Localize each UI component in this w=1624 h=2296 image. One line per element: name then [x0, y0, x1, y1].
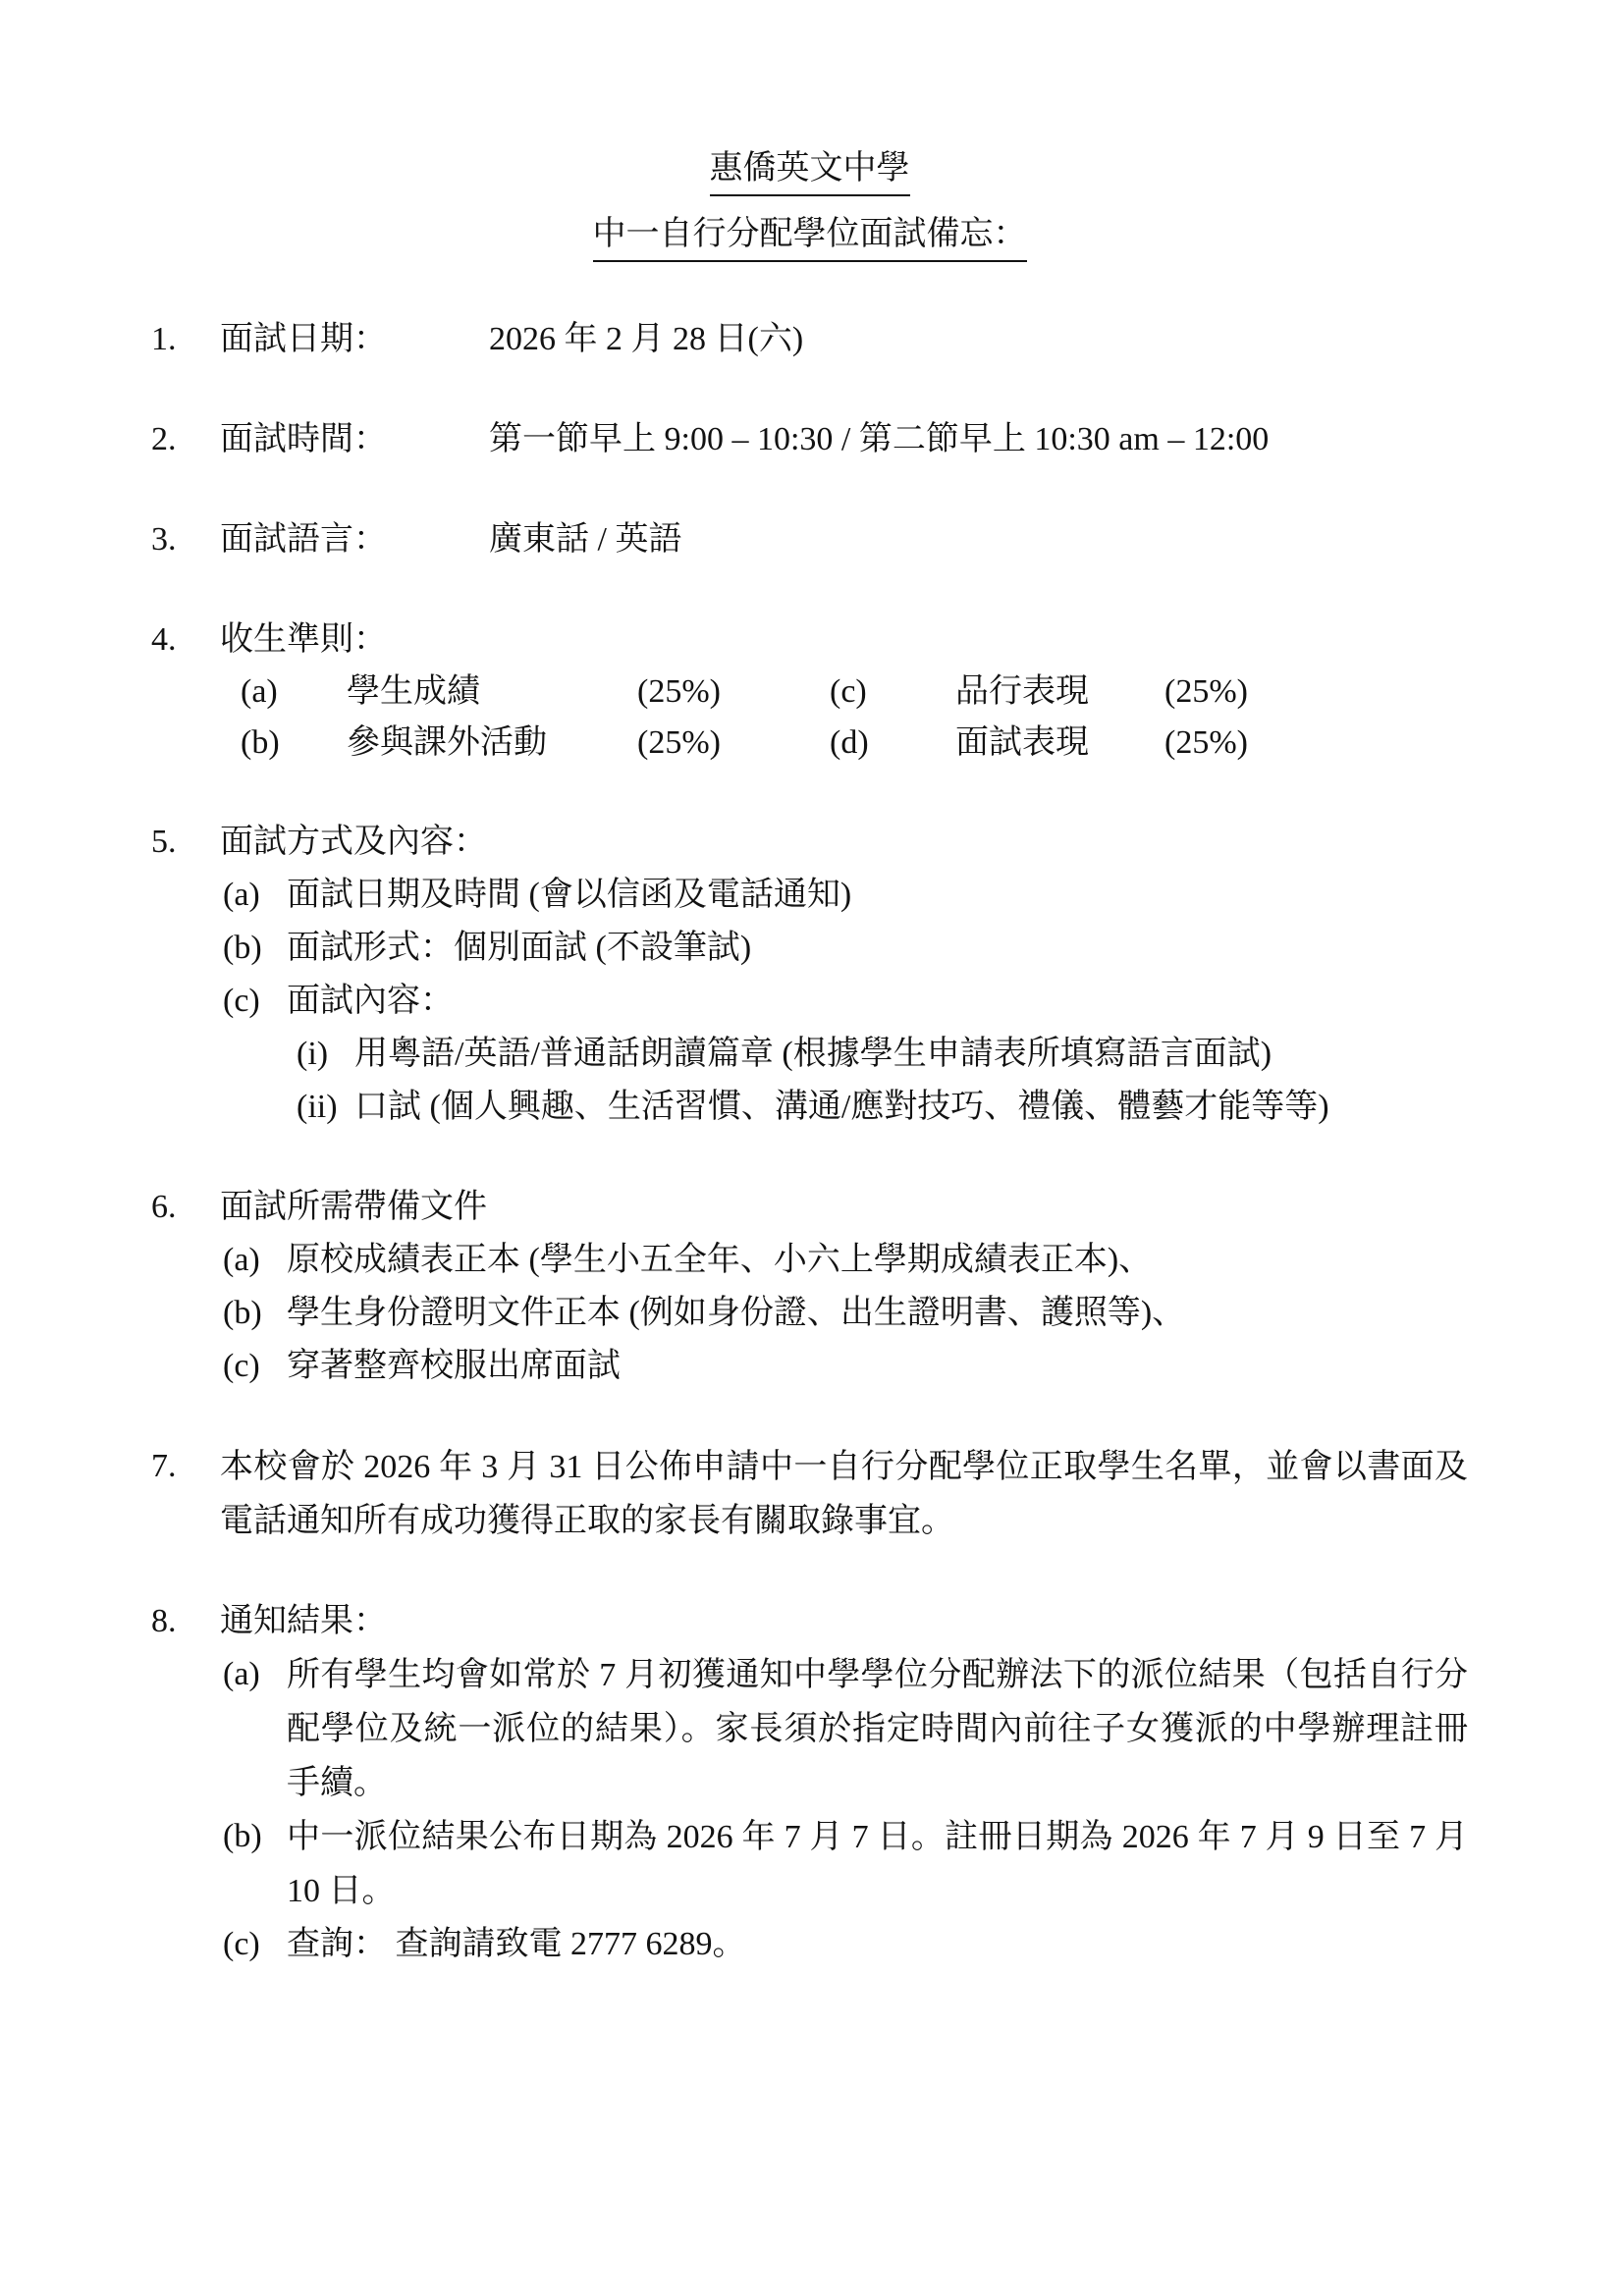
criterion-label: 學生成績 [347, 667, 637, 718]
sub-item-marker: (c) [223, 975, 287, 1028]
criterion-label: 參與課外活動 [347, 718, 637, 769]
document-header: 惠僑英文中學 中一自行分配學位面試備忘： [151, 147, 1468, 262]
item-label: 面試時間： [220, 413, 489, 466]
item-number: 5. [151, 816, 220, 1134]
item-value: 第一節早上 9:00 – 10:30 / 第二節早上 10:30 am – 12… [489, 421, 1269, 457]
criterion-weight: (25%) [1164, 718, 1468, 769]
sub-item-text: 面試內容： [287, 975, 1468, 1028]
item-interview-language: 3. 面試語言：廣東話 / 英語 [151, 513, 1468, 566]
item-label: 面試所需帶備文件 [220, 1181, 1468, 1234]
school-name-line: 惠僑英文中學 [151, 147, 1468, 196]
item-row: 面試語言：廣東話 / 英語 [220, 513, 1468, 566]
item-row: 面試日期：2026 年 2 月 28 日(六) [220, 313, 1468, 366]
item-notification-results: 8. 通知結果： (a) 所有學生均會如常於 7 月初獲通知中學學位分配辦法下的… [151, 1595, 1468, 1971]
criterion-weight: (25%) [1164, 667, 1468, 718]
item-interview-date: 1. 面試日期：2026 年 2 月 28 日(六) [151, 313, 1468, 366]
item-number: 8. [151, 1595, 220, 1971]
item-number: 6. [151, 1181, 220, 1393]
criteria-row: (b) 參與課外活動 (25%) (d) 面試表現 (25%) [241, 718, 1468, 769]
item-result-announcement: 7. 本校會於 2026 年 3 月 31 日公佈申請中一自行分配學位正取學生名… [151, 1440, 1468, 1548]
criterion-label: 品行表現 [955, 667, 1164, 718]
sub-item-marker: (a) [223, 1648, 287, 1810]
sub-item-a: (a) 原校成績表正本 (學生小五全年、小六上學期成績表正本)、 [223, 1234, 1468, 1287]
sub-item-c: (c) 面試內容： [223, 975, 1468, 1028]
item-number: 7. [151, 1440, 220, 1548]
item-interview-time: 2. 面試時間：第一節早上 9:00 – 10:30 / 第二節早上 10:30… [151, 413, 1468, 466]
item-value: 2026 年 2 月 28 日(六) [489, 321, 803, 357]
sub-item-c: (c) 穿著整齊校服出席面試 [223, 1340, 1468, 1393]
item-paragraph: 本校會於 2026 年 3 月 31 日公佈申請中一自行分配學位正取學生名單，並… [220, 1440, 1468, 1548]
criterion-weight: (25%) [637, 667, 830, 718]
criterion-marker: (d) [830, 718, 955, 769]
item-admission-criteria: 4. 收生準則： (a) 學生成績 (25%) (c) 品行表現 (25%) (… [151, 614, 1468, 769]
memo-title-line: 中一自行分配學位面試備忘： [151, 213, 1468, 262]
criterion-marker: (b) [241, 718, 347, 769]
criteria-row: (a) 學生成績 (25%) (c) 品行表現 (25%) [241, 667, 1468, 718]
criterion-marker: (a) [241, 667, 347, 718]
item-row: 面試時間：第一節早上 9:00 – 10:30 / 第二節早上 10:30 am… [220, 413, 1468, 466]
sub-item-text: 中一派位結果公布日期為 2026 年 7 月 7 日。註冊日期為 2026 年 … [287, 1810, 1468, 1918]
item-label: 面試語言： [220, 513, 489, 566]
item-label: 通知結果： [220, 1595, 1468, 1648]
item-number: 3. [151, 513, 220, 566]
sub-item-text: 學生身份證明文件正本 (例如身份證、出生證明書、護照等)、 [287, 1287, 1468, 1340]
school-name: 惠僑英文中學 [710, 147, 910, 196]
document-page: 惠僑英文中學 中一自行分配學位面試備忘： 1. 面試日期：2026 年 2 月 … [0, 0, 1624, 2296]
roman-item-i: (i) 用粵語/英語/普通話朗讀篇章 (根據學生申請表所填寫語言面試) [297, 1028, 1468, 1081]
item-number: 4. [151, 614, 220, 769]
item-label: 收生準則： [220, 614, 1468, 667]
sub-item-text: 查詢： 查詢請致電 2777 6289。 [287, 1918, 1468, 1971]
sub-item-marker: (c) [223, 1918, 287, 1971]
item-interview-format: 5. 面試方式及內容： (a) 面試日期及時間 (會以信函及電話通知) (b) … [151, 816, 1468, 1134]
sub-item-a: (a) 面試日期及時間 (會以信函及電話通知) [223, 869, 1468, 922]
roman-marker: (ii) [297, 1081, 354, 1134]
sub-item-b: (b) 面試形式：個別面試 (不設筆試) [223, 922, 1468, 975]
sub-item-text: 面試形式：個別面試 (不設筆試) [287, 922, 1468, 975]
sub-item-marker: (a) [223, 1234, 287, 1287]
sub-item-marker: (b) [223, 922, 287, 975]
criterion-weight: (25%) [637, 718, 830, 769]
item-number: 2. [151, 413, 220, 466]
sub-item-marker: (b) [223, 1810, 287, 1918]
sub-item-c: (c) 查詢： 查詢請致電 2777 6289。 [223, 1918, 1468, 1971]
sub-item-marker: (b) [223, 1287, 287, 1340]
sub-item-text: 穿著整齊校服出席面試 [287, 1340, 1468, 1393]
sub-item-b: (b) 學生身份證明文件正本 (例如身份證、出生證明書、護照等)、 [223, 1287, 1468, 1340]
roman-text: 用粵語/英語/普通話朗讀篇章 (根據學生申請表所填寫語言面試) [354, 1028, 1468, 1081]
item-label: 面試日期： [220, 313, 489, 366]
item-value: 廣東話 / 英語 [489, 521, 681, 558]
sub-item-marker: (a) [223, 869, 287, 922]
sub-item-marker: (c) [223, 1340, 287, 1393]
sub-item-a: (a) 所有學生均會如常於 7 月初獲通知中學學位分配辦法下的派位結果（包括自行… [223, 1648, 1468, 1810]
item-number: 1. [151, 313, 220, 366]
roman-item-ii: (ii) 口試 (個人興趣、生活習慣、溝通/應對技巧、禮儀、體藝才能等等) [297, 1081, 1468, 1134]
sub-item-text: 原校成績表正本 (學生小五全年、小六上學期成績表正本)、 [287, 1234, 1468, 1287]
sub-item-text: 所有學生均會如常於 7 月初獲通知中學學位分配辦法下的派位結果（包括自行分配學位… [287, 1648, 1468, 1810]
sub-item-b: (b) 中一派位結果公布日期為 2026 年 7 月 7 日。註冊日期為 202… [223, 1810, 1468, 1918]
item-required-documents: 6. 面試所需帶備文件 (a) 原校成績表正本 (學生小五全年、小六上學期成績表… [151, 1181, 1468, 1393]
roman-marker: (i) [297, 1028, 354, 1081]
sub-item-text: 面試日期及時間 (會以信函及電話通知) [287, 869, 1468, 922]
item-label: 面試方式及內容： [220, 816, 1468, 869]
criterion-label: 面試表現 [955, 718, 1164, 769]
memo-title: 中一自行分配學位面試備忘： [593, 213, 1027, 262]
roman-text: 口試 (個人興趣、生活習慣、溝通/應對技巧、禮儀、體藝才能等等) [354, 1081, 1468, 1134]
criterion-marker: (c) [830, 667, 955, 718]
